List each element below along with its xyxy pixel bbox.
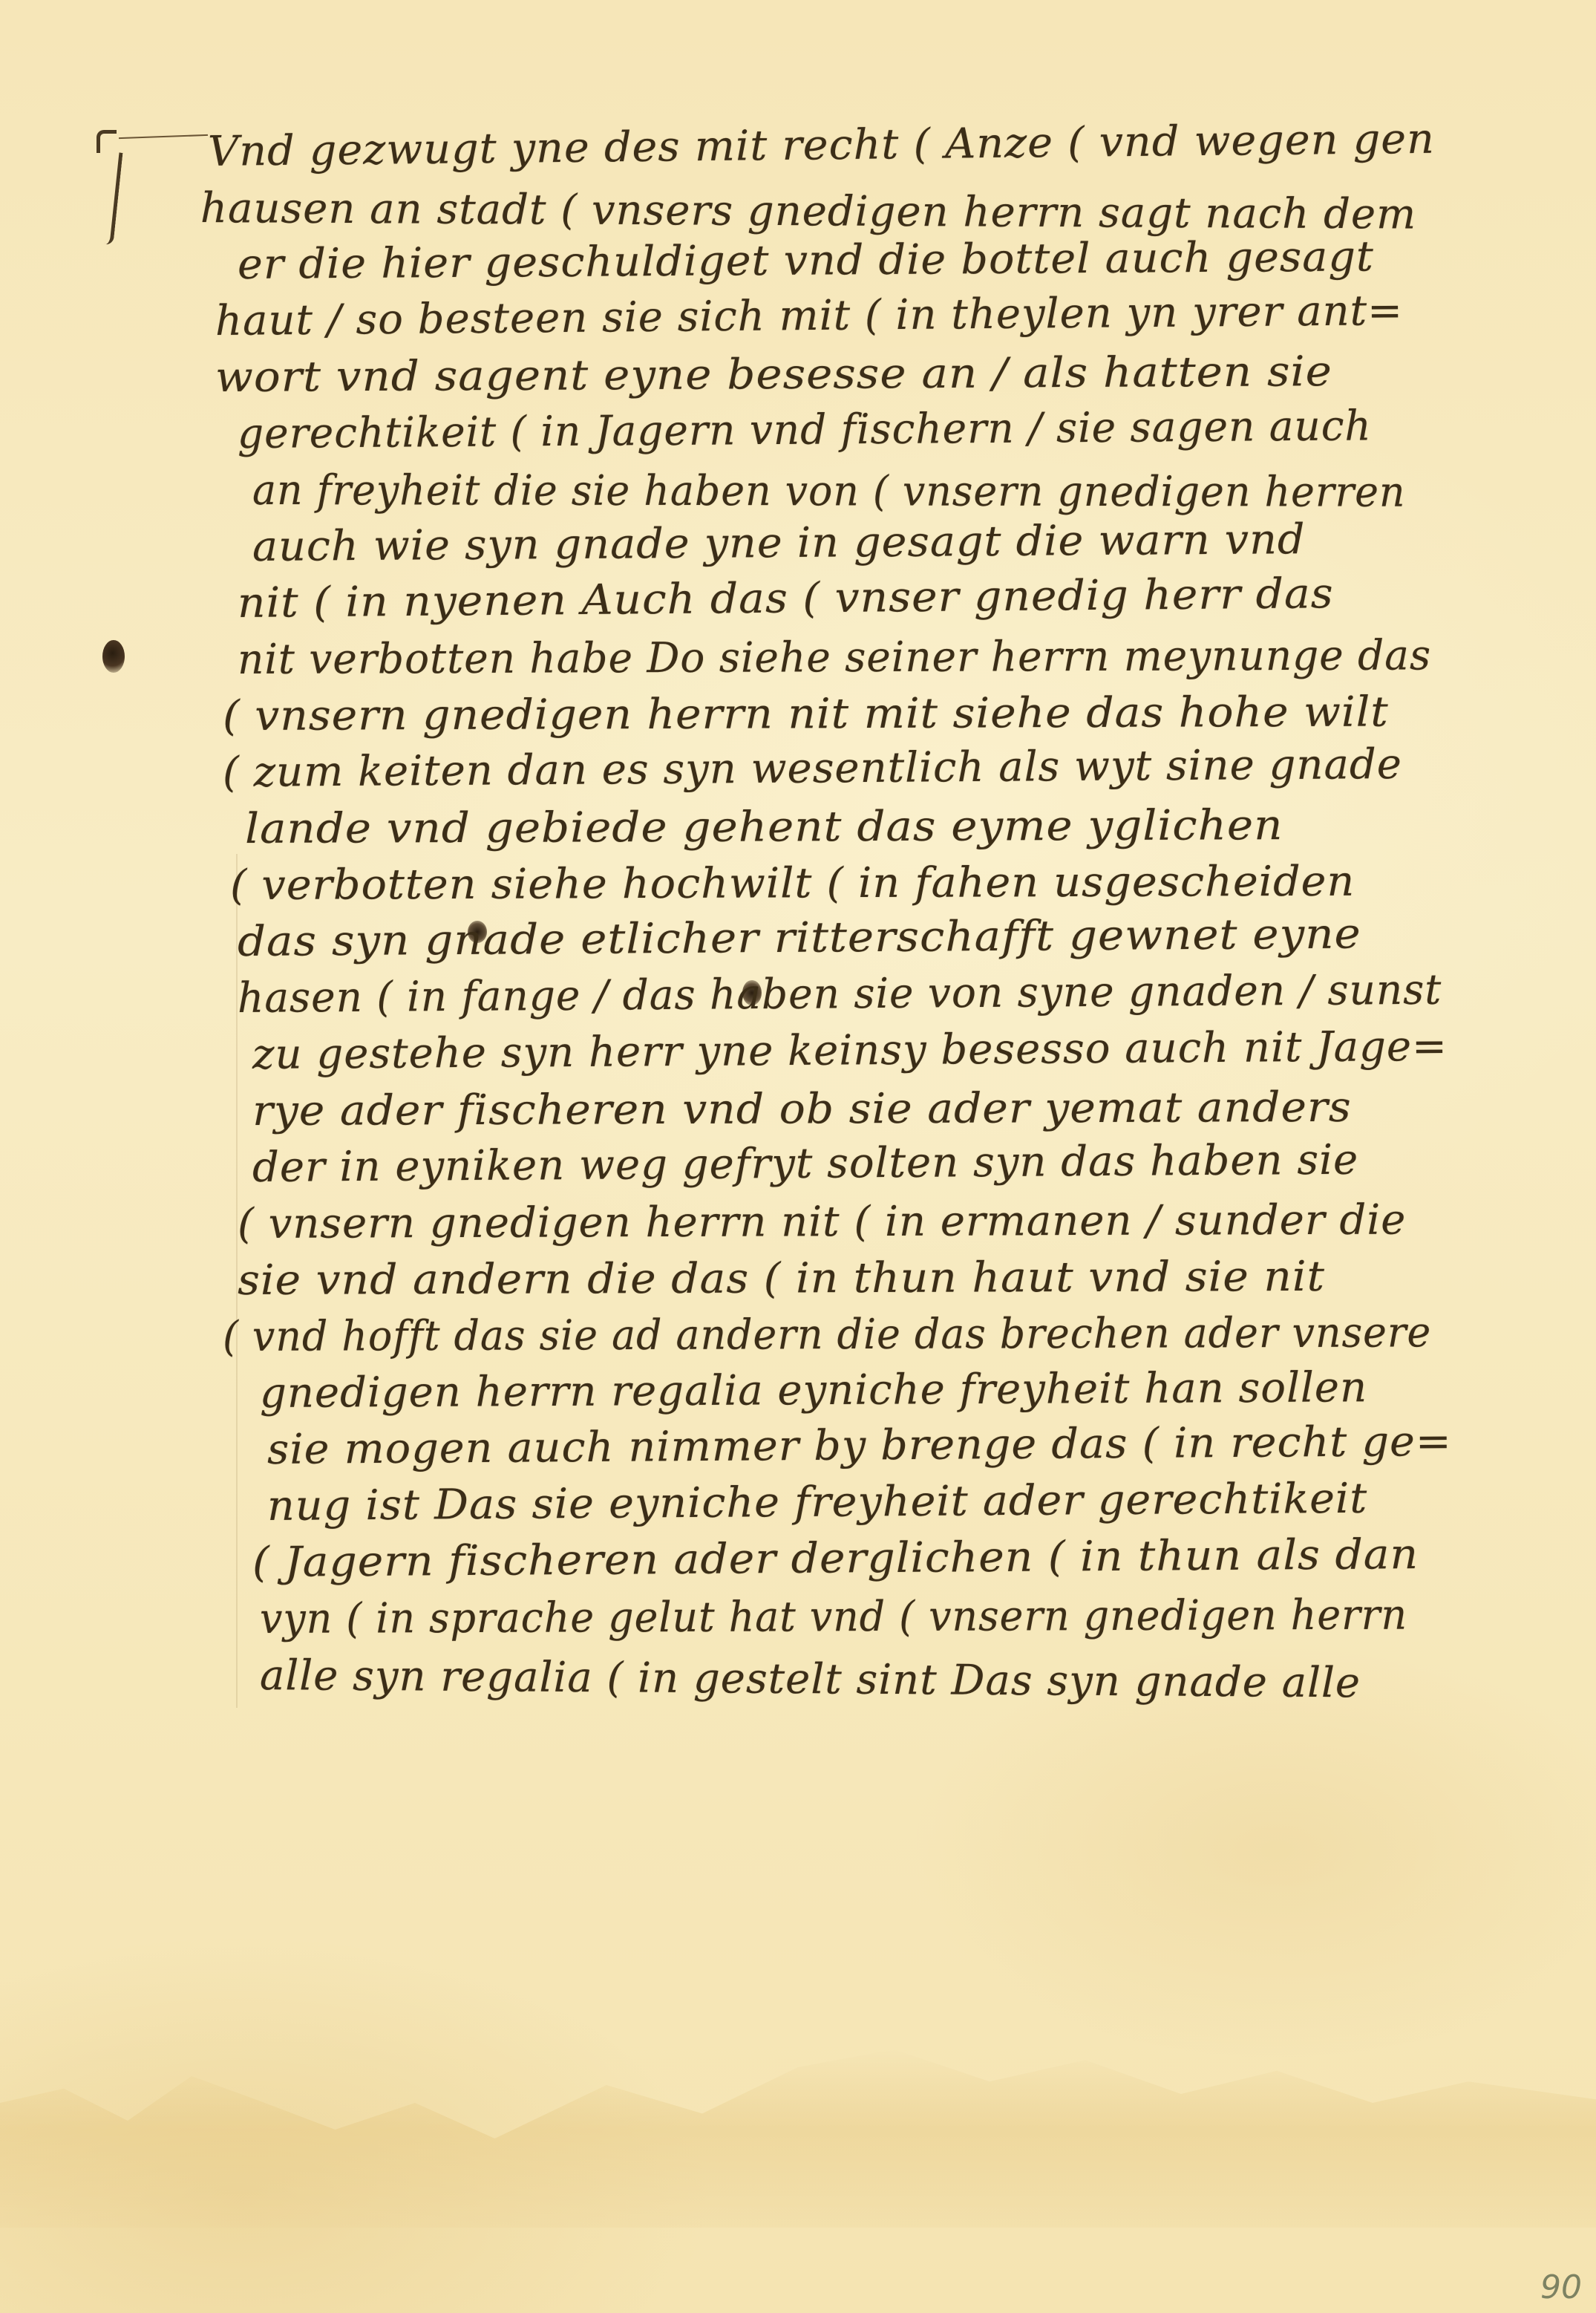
manuscript-line-21: sie vnd andern die das ( in thun haut vn… bbox=[238, 1251, 1325, 1307]
manuscript-line-26: ( Jagern fischeren ader derglichen ( in … bbox=[252, 1529, 1419, 1589]
manuscript-line-10: nit verbotten habe Do siehe seiner herrn… bbox=[238, 630, 1431, 686]
manuscript-line-9: nit ( in nyenen Auch das ( vnser gnedig … bbox=[238, 568, 1334, 630]
manuscript-line-18: rye ader fischeren vnd ob sie ader yemat… bbox=[252, 1082, 1352, 1138]
folio-number: 90 bbox=[1540, 2268, 1582, 2306]
manuscript-page: Vnd gezwugt yne des mit recht ( Anze ( v… bbox=[0, 0, 1596, 2313]
margin-hook-glyph bbox=[97, 130, 117, 153]
manuscript-line-3: er die hier geschuldiget vnd die bottel … bbox=[238, 231, 1374, 291]
manuscript-line-27: vyn ( in sprache gelut hat vnd ( vnsern … bbox=[260, 1590, 1407, 1645]
ink-blot bbox=[102, 640, 125, 673]
manuscript-line-17: zu gestehe syn herr yne keinsy besesso a… bbox=[252, 1021, 1448, 1081]
manuscript-line-8: auch wie syn gnade yne in gesagt die war… bbox=[252, 514, 1306, 573]
margin-bracket-mark bbox=[97, 130, 126, 249]
manuscript-line-28: alle syn regalia ( in gestelt sint Das s… bbox=[260, 1650, 1361, 1709]
manuscript-line-20: ( vnsern gnedigen herrn nit ( in ermanen… bbox=[238, 1195, 1407, 1250]
manuscript-line-1: Vnd gezwugt yne des mit recht ( Anze ( v… bbox=[208, 114, 1436, 178]
manuscript-line-4: haut / so besteen sie sich mit ( in they… bbox=[215, 285, 1404, 348]
manuscript-line-12: ( zum keiten dan es syn wesentlich als w… bbox=[223, 739, 1402, 799]
manuscript-line-13: lande vnd gebiede gehent das eyme yglich… bbox=[245, 800, 1283, 855]
manuscript-line-23: gnedigen herrn regalia eyniche freyheit … bbox=[260, 1362, 1367, 1420]
manuscript-line-5: wort vnd sagent eyne besesse an / als ha… bbox=[215, 346, 1332, 404]
manuscript-line-19: der in eyniken weg gefryt solten syn das… bbox=[252, 1135, 1359, 1194]
manuscript-line-15: das syn gnade etlicher ritterschafft gew… bbox=[238, 908, 1361, 968]
manuscript-line-24: sie mogen auch nimmer by brenge das ( in… bbox=[267, 1416, 1452, 1476]
manuscript-line-25: nug ist Das sie eyniche freyheit ader ge… bbox=[267, 1473, 1368, 1533]
water-stain bbox=[0, 2049, 1596, 2228]
manuscript-line-16: hasen ( in fange / das haben sie von syn… bbox=[238, 965, 1442, 1025]
margin-bracket-stroke bbox=[105, 152, 122, 245]
manuscript-line-22: ( vnd hofft das sie ad andern die das br… bbox=[223, 1307, 1432, 1363]
manuscript-line-7: an freyheit die sie haben von ( vnsern g… bbox=[252, 465, 1406, 519]
manuscript-line-14: ( verbotten siehe hochwilt ( in fahen us… bbox=[230, 856, 1355, 912]
manuscript-line-11: ( vnsern gnedigen herrn nit mit siehe da… bbox=[223, 687, 1389, 743]
manuscript-line-6: gerechtikeit ( in Jagern vnd fischern / … bbox=[238, 400, 1372, 460]
margin-connector-line bbox=[119, 134, 208, 139]
